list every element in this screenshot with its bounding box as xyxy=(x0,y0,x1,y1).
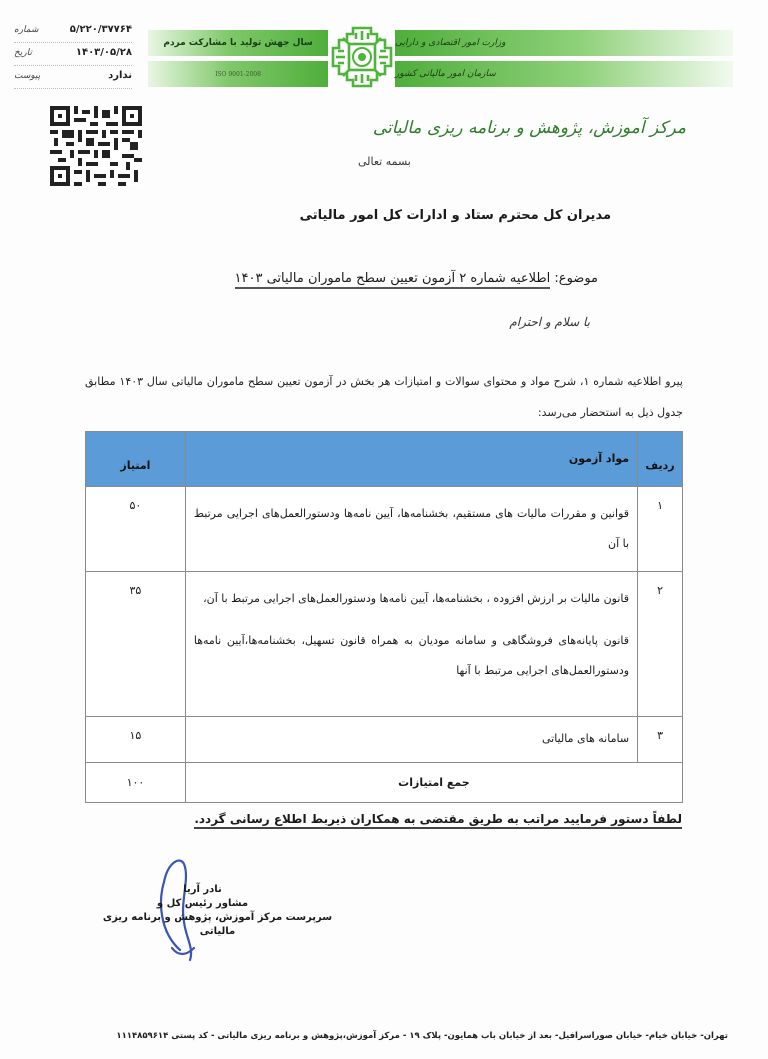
subject-text: اطلاعیه شماره ۲ آزمون تعیین سطح ماموران … xyxy=(235,271,551,289)
points-cell: ۱۵ xyxy=(86,717,186,763)
letter-number-row: ۵/۲۲۰/۳۷۷۶۴ شماره xyxy=(14,24,132,43)
row-number: ۱ xyxy=(638,487,683,572)
year-slogan: سال جهش تولید با مشارکت مردم xyxy=(148,30,328,56)
signature-block: نادر آریا مشاور رئیس کل و سرپرست مرکز آم… xyxy=(95,883,340,939)
points-cell: ۳۵ xyxy=(86,572,186,717)
subject-line: موضوع: اطلاعیه شماره ۲ آزمون تعیین سطح م… xyxy=(235,271,598,286)
subject-text: قوانین و مقررات مالیات های مستقیم، بخشنا… xyxy=(194,499,629,559)
table-row: ۳ سامانه های مالیاتی ۱۵ xyxy=(86,717,683,763)
letter-attachment-label: پیوست xyxy=(14,71,40,81)
tax-organization-emblem-icon xyxy=(331,26,393,88)
table-row: ۱ قوانین و مقررات مالیات های مستقیم، بخش… xyxy=(86,487,683,572)
letter-attachment: ندارد xyxy=(108,70,132,81)
total-points: ۱۰۰ xyxy=(86,763,186,803)
letter-number-label: شماره xyxy=(14,25,39,35)
letter-meta: ۵/۲۲۰/۳۷۷۶۴ شماره ۱۴۰۳/۰۵/۲۸ تاریخ ندارد… xyxy=(14,24,132,93)
subject-prefix: موضوع: xyxy=(550,271,598,286)
footer-address: تهران- خیابان خیام- خیابان صوراسرافیل- ب… xyxy=(40,1031,728,1041)
letter-date-row: ۱۴۰۳/۰۵/۲۸ تاریخ xyxy=(14,47,132,66)
iso-certification: ISO 9001-2008 xyxy=(148,61,328,87)
column-header-points: امتیاز xyxy=(86,432,186,487)
row-number: ۲ xyxy=(638,572,683,717)
signer-title-2: سرپرست مرکز آموزش، پژوهش و برنامه ریزی م… xyxy=(95,911,340,939)
total-label: جمع امتیازات xyxy=(185,763,682,803)
signer-title-1: مشاور رئیس کل و xyxy=(95,897,340,911)
row-number: ۳ xyxy=(638,717,683,763)
greeting: با سلام و احترام xyxy=(509,315,590,329)
total-row: جمع امتیازات ۱۰۰ xyxy=(86,763,683,803)
column-header-row-number: ردیف xyxy=(638,432,683,487)
subject-cell: قانون مالیات بر ارزش افزوده ، بخشنامه‌ها… xyxy=(185,572,637,717)
letter-attachment-row: ندارد پیوست xyxy=(14,70,132,89)
letter-number: ۵/۲۲۰/۳۷۷۶۴ xyxy=(70,24,132,35)
subject-text: قانون پایانه‌های فروشگاهی و سامانه مودیا… xyxy=(194,626,629,686)
closing-request: لطفاً دستور فرمایید مراتب به طریق مقتضی … xyxy=(194,812,682,829)
table-row: ۲ قانون مالیات بر ارزش افزوده ، بخشنامه‌… xyxy=(86,572,683,717)
letter-date-label: تاریخ xyxy=(14,48,32,58)
ministry-name: وزارت امور اقتصادی و دارایی xyxy=(395,30,733,56)
ministry-banner: وزارت امور اقتصادی و دارایی سازمان امور … xyxy=(395,30,733,92)
subject-cell: سامانه های مالیاتی xyxy=(185,717,637,763)
column-header-subjects: مواد آزمون xyxy=(185,432,637,487)
intro-paragraph: پیرو اطلاعیه شماره ۱، شرح مواد و محتوای … xyxy=(85,366,683,428)
table-header-row: ردیف مواد آزمون امتیاز xyxy=(86,432,683,487)
subject-text: قانون مالیات بر ارزش افزوده ، بخشنامه‌ها… xyxy=(194,584,629,614)
qr-code-icon xyxy=(50,106,142,186)
subject-text: سامانه های مالیاتی xyxy=(194,729,629,749)
subject-cell: قوانین و مقررات مالیات های مستقیم، بخشنا… xyxy=(185,487,637,572)
exam-subjects-table: ردیف مواد آزمون امتیاز ۱ قوانین و مقررات… xyxy=(85,431,683,803)
slogan-banner: سال جهش تولید با مشارکت مردم ISO 9001-20… xyxy=(148,30,328,92)
center-name: مرکز آموزش، پژوهش و برنامه ریزی مالیاتی xyxy=(373,118,686,138)
signer-name: نادر آریا xyxy=(95,883,340,897)
organization-name: سازمان امور مالیاتی کشور xyxy=(395,61,733,87)
letter-date: ۱۴۰۳/۰۵/۲۸ xyxy=(76,47,132,58)
recipient: مدیران کل محترم ستاد و ادارات کل امور ما… xyxy=(300,208,611,223)
invocation: بسمه تعالی xyxy=(358,155,411,168)
points-cell: ۵۰ xyxy=(86,487,186,572)
